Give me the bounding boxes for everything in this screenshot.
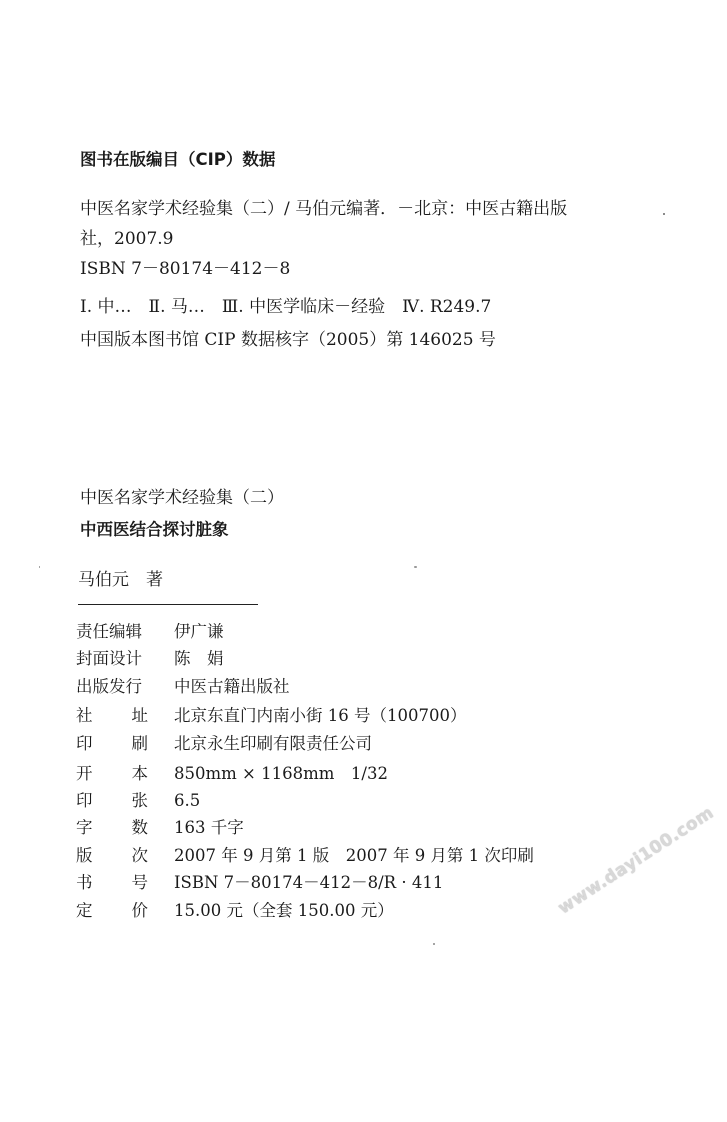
colophon-value: 163 千字 bbox=[174, 818, 244, 838]
colophon-label: 社址 bbox=[76, 706, 148, 726]
cip-line-2: 社，2007.9 bbox=[80, 229, 173, 249]
label-char: 社 bbox=[76, 706, 93, 726]
label-char: 定 bbox=[76, 901, 93, 921]
label-char: 张 bbox=[132, 791, 149, 811]
colophon-value: ISBN 7－80174－412－8/R · 411 bbox=[174, 873, 443, 893]
label-char: 址 bbox=[132, 706, 149, 726]
label-char: 次 bbox=[132, 846, 149, 866]
colophon-row-book-number: 书号 ISBN 7－80174－412－8/R · 411 bbox=[76, 873, 443, 893]
colophon-value: 北京永生印刷有限责任公司 bbox=[174, 734, 372, 754]
colophon-row-edition: 版次 2007 年 9 月第 1 版 2007 年 9 月第 1 次印刷 bbox=[76, 846, 534, 866]
colophon-label: 封面设计 bbox=[76, 649, 160, 669]
colophon-row-sheets: 印张 6.5 bbox=[76, 791, 200, 811]
colophon-value: 伊广谦 bbox=[174, 622, 224, 642]
label-char: 版 bbox=[76, 846, 93, 866]
colophon-value: 6.5 bbox=[174, 791, 200, 811]
colophon-value: 陈 娟 bbox=[174, 649, 224, 669]
label-char: 本 bbox=[132, 764, 149, 784]
colophon-label: 出版发行 bbox=[76, 677, 160, 697]
label-char: 印 bbox=[76, 734, 93, 754]
cip-classification: Ⅰ. 中… Ⅱ. 马… Ⅲ. 中医学临床－经验 Ⅳ. R249.7 bbox=[80, 297, 491, 317]
colophon-label: 书号 bbox=[76, 873, 148, 893]
colophon-value: 850mm × 1168mm 1/32 bbox=[174, 764, 388, 784]
cip-record: 中国版本图书馆 CIP 数据核字（2005）第 146025 号 bbox=[80, 330, 496, 350]
colophon-label: 定价 bbox=[76, 901, 148, 921]
label-char: 印 bbox=[76, 791, 93, 811]
colophon-value: 15.00 元（全套 150.00 元） bbox=[174, 901, 394, 921]
colophon-row-publisher: 出版发行 中医古籍出版社 bbox=[76, 677, 290, 697]
colophon-value: 北京东直门内南小街 16 号（100700） bbox=[174, 706, 466, 726]
scan-speck bbox=[663, 213, 665, 215]
watermark-text: www.dayi100.com bbox=[555, 803, 718, 919]
cip-line-1: 中医名家学术经验集（二）/ 马伯元编著．－北京：中医古籍出版 bbox=[80, 199, 567, 219]
scan-speck bbox=[433, 943, 435, 945]
colophon-label: 字数 bbox=[76, 818, 148, 838]
label-char: 书 bbox=[76, 873, 93, 893]
book-series: 中医名家学术经验集（二） bbox=[80, 488, 284, 508]
colophon-value: 2007 年 9 月第 1 版 2007 年 9 月第 1 次印刷 bbox=[174, 846, 534, 866]
colophon-row-word-count: 字数 163 千字 bbox=[76, 818, 244, 838]
label-char: 字 bbox=[76, 818, 93, 838]
label-char: 号 bbox=[132, 873, 149, 893]
book-author: 马伯元 著 bbox=[78, 570, 163, 590]
colophon-row-cover-design: 封面设计 陈 娟 bbox=[76, 649, 224, 669]
colophon-row-format: 开本 850mm × 1168mm 1/32 bbox=[76, 764, 388, 784]
label-char: 开 bbox=[76, 764, 93, 784]
label-char: 价 bbox=[132, 901, 149, 921]
colophon-label: 印刷 bbox=[76, 734, 148, 754]
colophon-row-printer: 印刷 北京永生印刷有限责任公司 bbox=[76, 734, 372, 754]
colophon-label: 责任编辑 bbox=[76, 622, 160, 642]
colophon-row-address: 社址 北京东直门内南小街 16 号（100700） bbox=[76, 706, 466, 726]
colophon-label: 开本 bbox=[76, 764, 148, 784]
colophon-row-price: 定价 15.00 元（全套 150.00 元） bbox=[76, 901, 394, 921]
cip-heading: 图书在版编目（CIP）数据 bbox=[80, 150, 275, 170]
scan-speck bbox=[414, 566, 417, 568]
colophon-label: 版次 bbox=[76, 846, 148, 866]
label-char: 刷 bbox=[132, 734, 149, 754]
scan-speck bbox=[39, 566, 40, 568]
colophon-row-editor: 责任编辑 伊广谦 bbox=[76, 622, 224, 642]
colophon-value: 中医古籍出版社 bbox=[174, 677, 290, 697]
label-char: 数 bbox=[132, 818, 149, 838]
divider-rule bbox=[78, 604, 258, 605]
colophon-label: 印张 bbox=[76, 791, 148, 811]
book-title: 中西医结合探讨脏象 bbox=[80, 520, 229, 540]
cip-isbn: ISBN 7－80174－412－8 bbox=[80, 259, 290, 279]
